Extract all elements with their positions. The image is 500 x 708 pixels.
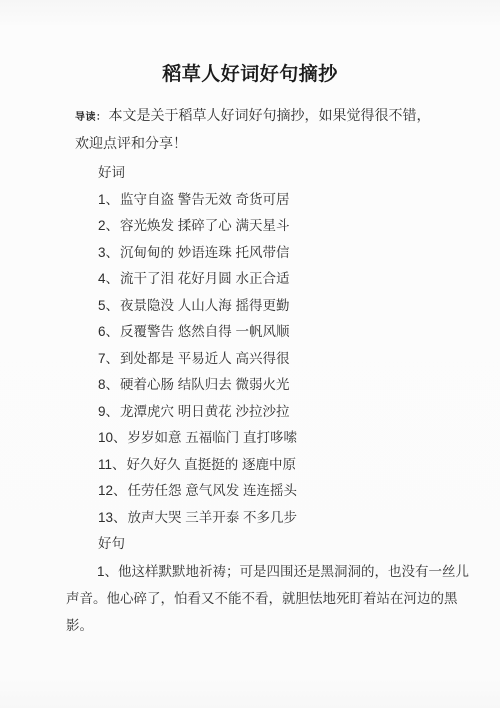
word-list-item: 3、沉甸甸的 妙语连珠 托风带信	[98, 240, 470, 267]
word-item-text: 到处都是 平易近人 高兴得很	[120, 351, 290, 366]
sentences-paragraph: 1、他这样默默地祈祷；可是四围还是黑洞洞的，也没有一丝儿声音。他心碎了，怕看又不…	[66, 558, 450, 639]
intro-paragraph: 导读：本文是关于稻草人好词好句摘抄，如果觉得很不错， 欢迎点评和分享！	[75, 103, 460, 158]
word-list-item: 8、硬着心肠 结队归去 微弱火光	[98, 372, 470, 399]
word-item-text: 流干了泪 花好月圆 水正合适	[120, 271, 290, 286]
word-item-number: 5、	[98, 298, 119, 313]
word-list: 1、监守自盗 警告无效 奇货可居2、容光焕发 揉碎了心 满天星斗3、沉甸甸的 妙…	[98, 187, 470, 532]
word-list-item: 12、任劳任怨 意气风发 连连摇头	[98, 478, 470, 505]
word-item-number: 3、	[98, 245, 119, 260]
word-list-item: 1、监守自盗 警告无效 奇货可居	[98, 187, 470, 214]
page-title: 稻草人好词好句摘抄	[0, 62, 500, 88]
word-item-text: 夜景隐没 人山人海 摇得更勤	[120, 298, 290, 313]
sentence-line: 声音。他心碎了，怕看又不能不看，就胆怯地死盯着站在河边的黑	[66, 585, 450, 612]
word-item-number: 13、	[98, 510, 127, 525]
word-list-item: 9、龙潭虎穴 明日黄花 沙拉沙拉	[98, 399, 470, 426]
word-item-number: 11、	[98, 457, 126, 472]
word-item-text: 放声大哭 三羊开泰 不多几步	[128, 510, 298, 525]
words-heading: 好词	[98, 160, 470, 187]
word-item-number: 1、	[98, 192, 119, 207]
word-item-text: 容光焕发 揉碎了心 满天星斗	[120, 218, 290, 233]
word-list-item: 7、到处都是 平易近人 高兴得很	[98, 346, 470, 373]
word-item-text: 任劳任怨 意气风发 连连摇头	[128, 483, 298, 498]
word-item-number: 2、	[98, 218, 119, 233]
word-list-item: 11、好久好久 直挺挺的 逐鹿中原	[98, 452, 470, 479]
sentence-line: 1、他这样默默地祈祷；可是四围还是黑洞洞的，也没有一丝儿	[97, 558, 450, 585]
document-page: 稻草人好词好句摘抄 导读：本文是关于稻草人好词好句摘抄，如果觉得很不错， 欢迎点…	[0, 0, 500, 708]
word-item-number: 8、	[98, 377, 119, 392]
word-list-item: 13、放声大哭 三羊开泰 不多几步	[98, 505, 470, 532]
word-item-number: 10、	[98, 430, 127, 445]
intro-line: 导读：本文是关于稻草人好词好句摘抄，如果觉得很不错，	[75, 103, 460, 131]
word-item-text: 沉甸甸的 妙语连珠 托风带信	[120, 245, 290, 260]
word-item-text: 监守自盗 警告无效 奇货可居	[120, 192, 290, 207]
word-item-text: 龙潭虎穴 明日黄花 沙拉沙拉	[120, 404, 290, 419]
intro-line: 欢迎点评和分享！	[75, 131, 460, 158]
word-item-number: 7、	[98, 351, 119, 366]
word-item-text: 硬着心肠 结队归去 微弱火光	[120, 377, 290, 392]
word-item-text: 反覆警告 悠然自得 一帆风顺	[120, 324, 290, 339]
word-list-item: 2、容光焕发 揉碎了心 满天星斗	[98, 213, 470, 240]
intro-text: 本文是关于稻草人好词好句摘抄，如果觉得很不错，	[109, 109, 431, 124]
word-item-text: 岁岁如意 五福临门 直打哆嗦	[128, 430, 298, 445]
words-section: 好词 1、监守自盗 警告无效 奇货可居2、容光焕发 揉碎了心 满天星斗3、沉甸甸…	[98, 160, 470, 558]
sentences-heading: 好句	[98, 531, 470, 558]
sentence-line: 影。	[66, 612, 450, 639]
word-list-item: 10、岁岁如意 五福临门 直打哆嗦	[98, 425, 470, 452]
word-list-item: 4、流干了泪 花好月圆 水正合适	[98, 266, 470, 293]
word-list-item: 5、夜景隐没 人山人海 摇得更勤	[98, 293, 470, 320]
word-item-number: 12、	[98, 483, 127, 498]
word-item-number: 6、	[98, 324, 119, 339]
word-list-item: 6、反覆警告 悠然自得 一帆风顺	[98, 319, 470, 346]
word-item-text: 好久好久 直挺挺的 逐鹿中原	[127, 457, 297, 472]
word-item-number: 9、	[98, 404, 119, 419]
word-item-number: 4、	[98, 271, 119, 286]
intro-label: 导读：	[75, 112, 107, 123]
